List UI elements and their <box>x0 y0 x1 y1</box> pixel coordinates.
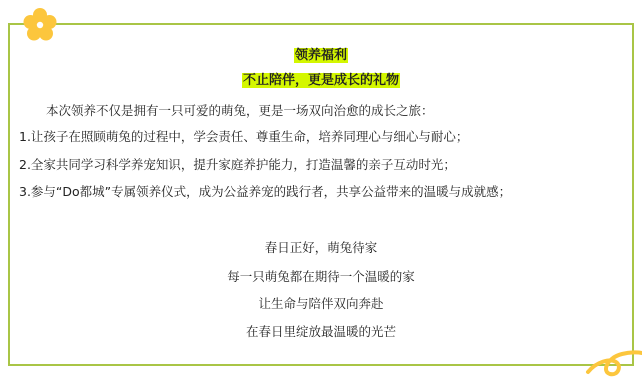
flower-icon <box>22 7 58 43</box>
poem-line-3: 让生命与陪伴双向奔赴 <box>10 296 632 312</box>
benefit-item-2: 2.全家共同学习科学养宠知识，提升家庭养护能力，打造温馨的亲子互动时光； <box>19 157 456 173</box>
intro-paragraph: 本次领养不仅是拥有一只可爱的萌兔，更是一场双向治愈的成长之旅： <box>46 103 434 119</box>
section-subtitle-text: 不止陪伴，更是成长的礼物 <box>242 73 400 88</box>
section-title: 领养福利 <box>10 47 632 65</box>
benefit-item-3: 3.参与“Do都城”专属领养仪式，成为公益养宠的践行者，共享公益带来的温暖与成就… <box>19 184 511 200</box>
swirl-icon <box>582 344 642 379</box>
section-title-text: 领养福利 <box>294 48 348 63</box>
poem-line-1: 春日正好，萌兔待家 <box>10 240 632 256</box>
benefit-item-1: 1.让孩子在照顾萌兔的过程中，学会责任、尊重生命，培养同理心与细心与耐心； <box>19 129 468 145</box>
section-subtitle: 不止陪伴，更是成长的礼物 <box>10 72 632 90</box>
poem-line-4: 在春日里绽放最温暖的光芒 <box>10 324 632 340</box>
poem-line-2: 每一只萌兔都在期待一个温暖的家 <box>10 269 632 285</box>
